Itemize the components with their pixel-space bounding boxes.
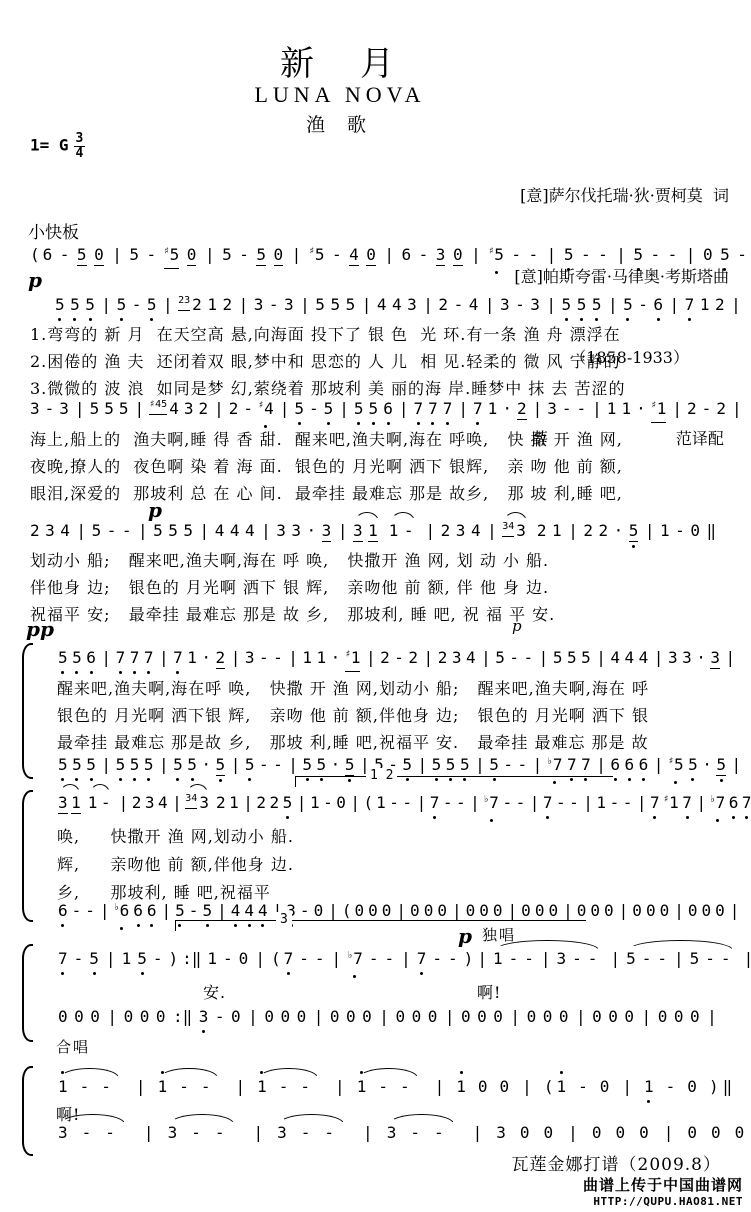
lyrics-line: 伴他身 边; 银色的 月光啊 洒下 银 辉, 亲吻他 前 额, 伴 他 身 边. xyxy=(30,575,549,598)
key-label: 1= G xyxy=(30,136,69,155)
duration-dash: - xyxy=(191,1124,201,1142)
barline: | xyxy=(379,1008,389,1026)
barline: | xyxy=(726,649,736,667)
paren: ) xyxy=(709,1078,719,1096)
note: 3 xyxy=(496,1124,506,1142)
rest: 0 xyxy=(624,1008,634,1026)
barline: | xyxy=(292,246,302,264)
barline: | xyxy=(487,522,497,540)
barline: | xyxy=(172,794,182,812)
rest: 0 xyxy=(687,1078,697,1096)
rest: 0 xyxy=(58,1008,68,1026)
tempo-marking: 小快板 xyxy=(28,218,79,243)
note: 5 xyxy=(72,756,82,774)
barline: | xyxy=(730,902,740,920)
note: 6 xyxy=(610,756,620,774)
barline: | xyxy=(510,1008,520,1026)
rest: 0 xyxy=(711,1124,721,1142)
rest: 0 xyxy=(592,1124,602,1142)
accidental: ♯ xyxy=(668,756,674,767)
volta-label: 1 2 xyxy=(366,768,397,783)
duration-dash: - xyxy=(610,794,620,812)
dynamic-mark: p xyxy=(458,924,472,948)
barline: | xyxy=(471,246,481,264)
rest: 0 xyxy=(424,902,434,920)
barline: ‖ xyxy=(706,522,716,540)
barline: | xyxy=(200,522,210,540)
note: 5 xyxy=(402,756,412,774)
note: ♯1 xyxy=(345,649,361,672)
note: 6 xyxy=(86,649,96,667)
watermark-site: 曲谱上传于中国曲谱网 xyxy=(583,1174,743,1195)
note: 5 xyxy=(137,950,147,968)
lyrics-line: 划动小 船; 醒来吧,渔夫啊,海在 呼 唤, 快撒开 渔 网, 划 动 小 船. xyxy=(30,548,549,571)
note: 3 xyxy=(284,296,294,314)
grace-note: 34 xyxy=(502,518,514,537)
note: 5 xyxy=(173,756,183,774)
notation-line: 234|5--|555|444|33·3|311-|234|34321|22·5… xyxy=(30,522,722,544)
rest: 0 xyxy=(674,1008,684,1026)
note: 3 xyxy=(547,400,557,418)
note: 5 xyxy=(564,246,574,264)
barline: | xyxy=(637,794,647,812)
note: 1 xyxy=(310,794,320,812)
note: 4 xyxy=(377,296,387,314)
barline: | xyxy=(732,400,742,418)
barline: | xyxy=(732,756,742,774)
rest: 0 xyxy=(543,1008,553,1026)
notation-line: 3--|3--|3--|3--|300|000|000‖ xyxy=(58,1124,751,1142)
note: ♯5 xyxy=(309,246,325,267)
augmentation-dot: · xyxy=(702,756,712,774)
slur-group: 1-- xyxy=(257,1078,322,1096)
duration-dash: - xyxy=(705,950,715,968)
barline: | xyxy=(159,649,169,667)
note: 7 xyxy=(430,794,440,812)
notation-line: (6-50|5-♯50|5-50|♯5-40|6-30|♯5--|5--|5--… xyxy=(30,246,751,269)
note: 2 xyxy=(517,400,527,420)
barline: | xyxy=(138,522,148,540)
augmentation-dot: · xyxy=(201,756,211,774)
duration-dash: - xyxy=(432,950,442,968)
note: 4 xyxy=(244,902,254,920)
barline: | xyxy=(399,400,409,418)
rest: 0 xyxy=(660,902,670,920)
note: 4 xyxy=(349,246,359,266)
note: 4 xyxy=(610,649,620,667)
note: 4 xyxy=(231,902,241,920)
paren: ( xyxy=(364,794,374,812)
rest: 0 xyxy=(544,1124,554,1142)
rest: 0 xyxy=(688,902,698,920)
note: 3 xyxy=(168,1124,178,1142)
note: 5 xyxy=(720,246,730,264)
note: 5 xyxy=(283,794,293,812)
rest: 0 xyxy=(479,902,489,920)
note: 7 xyxy=(130,649,140,667)
note: 7 xyxy=(650,794,660,812)
note: 1 xyxy=(368,522,378,542)
rest: 0 xyxy=(535,902,545,920)
duration-dash: - xyxy=(60,246,70,264)
note: 4 xyxy=(169,400,179,418)
note: 6 xyxy=(639,756,649,774)
note: 5 xyxy=(432,756,442,774)
rest: 0 xyxy=(478,1078,488,1096)
accidental: ♭ xyxy=(710,794,716,805)
rest: 0 xyxy=(608,1008,618,1026)
note: 2 xyxy=(270,794,280,812)
note: 5 xyxy=(294,400,304,418)
note: 2 xyxy=(441,522,451,540)
note: 1 xyxy=(71,794,81,814)
note: 5 xyxy=(629,522,639,542)
barline: | xyxy=(619,902,629,920)
barline: | xyxy=(423,296,433,314)
duration-dash: - xyxy=(323,794,333,812)
duration-dash: - xyxy=(279,1078,289,1096)
barline: | xyxy=(248,1008,258,1026)
duration-dash: - xyxy=(404,522,414,540)
note: 6 xyxy=(133,902,143,920)
note: 5 xyxy=(58,649,68,667)
note: 2 xyxy=(687,400,697,418)
note: 5 xyxy=(245,756,255,774)
note: 3 xyxy=(184,400,194,418)
accidental: ♭ xyxy=(547,756,553,767)
note: 4 xyxy=(258,902,268,920)
barline: | xyxy=(672,400,682,418)
duration-dash: - xyxy=(569,794,579,812)
barline: | xyxy=(363,1124,373,1142)
key-signature: 1= G34 xyxy=(30,132,85,160)
duration-dash: - xyxy=(515,296,525,314)
dynamic-mark: p xyxy=(28,268,42,292)
duration-dash: - xyxy=(588,950,598,968)
duration-dash: - xyxy=(101,794,111,812)
barline: | xyxy=(339,400,349,418)
accidental: ♯ xyxy=(488,246,494,257)
note: 7 xyxy=(567,756,577,774)
barline: | xyxy=(596,649,606,667)
notation-line: 311-|234|34321|225|1-0|(1--|7--|♭7--|7--… xyxy=(58,794,751,816)
rest: 0 xyxy=(521,902,531,920)
note: 5 xyxy=(168,522,178,540)
note: 5 xyxy=(690,950,700,968)
note: 7 xyxy=(173,649,183,667)
note: ♯5 xyxy=(488,246,504,267)
lyrics-line: 安.啊! xyxy=(0,980,751,1000)
duration-dash: - xyxy=(300,902,310,920)
barline: | xyxy=(332,950,342,968)
duration-dash: - xyxy=(598,246,608,264)
note: 5 xyxy=(90,400,100,418)
dynamics-row: 合唱 xyxy=(0,1036,751,1058)
augmentation-dot: · xyxy=(331,756,341,774)
barline: | xyxy=(261,522,271,540)
note: 7 xyxy=(543,794,553,812)
note: 3 xyxy=(557,950,567,968)
note: 5 xyxy=(58,756,68,774)
barline: | xyxy=(508,902,518,920)
duration-dash: - xyxy=(400,1078,410,1096)
note: 5 xyxy=(346,296,356,314)
rest: 0 xyxy=(314,902,324,920)
system-brace xyxy=(22,643,33,779)
note: 5 xyxy=(577,296,587,314)
lyrics-line: 银色的 月光啊 洒下银 辉, 亲吻 他 前 额,伴他身 边; 银色的 月光啊 洒… xyxy=(57,703,649,726)
rest: 0 xyxy=(239,950,249,968)
rest: 0 xyxy=(702,902,712,920)
duration-dash: - xyxy=(259,649,269,667)
barline: ‖ xyxy=(723,1078,733,1096)
note: 3 xyxy=(322,522,332,542)
note: 5 xyxy=(55,296,65,314)
watermark-url: HTTP://QUPU.HAO81.NET xyxy=(583,1195,743,1208)
barline: | xyxy=(654,756,664,774)
duration-dash: - xyxy=(384,950,394,968)
rest: 0 xyxy=(264,1008,274,1026)
note: ♯1 xyxy=(651,400,667,423)
lyrics-line: 3.微微的 波 浪 如同是梦 幻,萦绕着 那坡利 美 丽的海 岸.睡梦中 抹 去… xyxy=(30,376,625,399)
note: 6 xyxy=(729,794,739,812)
barline: :‖ xyxy=(182,950,201,968)
barline: | xyxy=(300,296,310,314)
paren: ) xyxy=(168,950,178,968)
note: 5 xyxy=(633,246,643,264)
rest: 0 xyxy=(500,1078,510,1096)
augmentation-dot: · xyxy=(331,649,341,667)
slur-group: 3-- xyxy=(168,1124,239,1142)
note: 7 xyxy=(58,950,68,968)
note: 2 xyxy=(380,649,390,667)
note: 7 xyxy=(428,400,438,418)
duration-dash: - xyxy=(107,522,117,540)
note: 1 xyxy=(302,649,312,667)
slur-group: 343 xyxy=(185,794,212,816)
note: 2 xyxy=(216,794,226,812)
rest: 0 xyxy=(477,1008,487,1026)
paren: ( xyxy=(30,246,40,264)
note: 3 xyxy=(58,794,68,814)
note: 5 xyxy=(302,756,312,774)
note: 5 xyxy=(183,522,193,540)
slur-group: 1-- xyxy=(158,1078,223,1096)
lyrics-line: 最牵挂 最难忘 那是故 乡, 那坡 利,睡 吧,祝福平 安. 最牵挂 最难忘 那… xyxy=(57,730,649,753)
rest: 0 xyxy=(520,1124,530,1142)
duration-dash: - xyxy=(74,950,84,968)
dynamics-row: ppp xyxy=(0,617,751,639)
lyrics-line: 夜晚,撩人的 夜色啊 染 着 海 面. 银色的 月光啊 洒下 银辉, 亲 吻 他… xyxy=(30,454,623,477)
duration-dash: - xyxy=(215,1124,225,1142)
rest: 0 xyxy=(382,902,392,920)
note: 6 xyxy=(58,902,68,920)
note: 3 xyxy=(245,649,255,667)
note: 2 xyxy=(222,296,232,314)
barline: | xyxy=(592,400,602,418)
paren: ) xyxy=(464,950,474,968)
rest: 0 xyxy=(354,902,364,920)
accidental: ♯ xyxy=(651,400,657,411)
rest: 0 xyxy=(600,1078,610,1096)
duration-dash: - xyxy=(72,902,82,920)
rest: 0 xyxy=(412,1008,422,1026)
note: 5 xyxy=(117,296,127,314)
barline: | xyxy=(596,756,606,774)
barline: | xyxy=(576,1008,586,1026)
duration-dash: - xyxy=(562,400,572,418)
duration-dash: - xyxy=(189,902,199,920)
note: 3 xyxy=(516,522,526,540)
rest: 0 xyxy=(336,794,346,812)
duration-dash: - xyxy=(511,246,521,264)
note: ♭6 xyxy=(114,902,130,923)
note: 1 xyxy=(207,950,217,968)
slur-group: 3-- xyxy=(58,1124,129,1142)
note: ♯1 xyxy=(663,794,679,815)
note: 2 xyxy=(229,400,239,418)
duration-dash: - xyxy=(85,902,95,920)
note: 1 xyxy=(229,794,239,812)
volta-bracket: 1 2 xyxy=(295,776,613,787)
duration-dash: - xyxy=(132,296,142,314)
barline: | xyxy=(547,246,557,264)
accidental: ♯ xyxy=(309,246,315,257)
note: 6 xyxy=(383,400,393,418)
barline: | xyxy=(418,756,428,774)
note: 6 xyxy=(653,296,663,314)
duration-dash: - xyxy=(529,246,539,264)
note: 7 xyxy=(417,950,427,968)
notation-line: 7-5|15-):‖1-0|(7--|♭7--|7--)|1--|3--|5--… xyxy=(58,950,751,971)
slur-group: 31 xyxy=(353,522,383,542)
barline: | xyxy=(533,400,543,418)
note: 5 xyxy=(256,246,266,266)
note: 5 xyxy=(581,649,591,667)
barline: | xyxy=(731,296,741,314)
note: 1 xyxy=(58,1078,68,1096)
augmentation-dot: · xyxy=(614,522,624,540)
duration-dash: - xyxy=(502,794,512,812)
note: 5 xyxy=(369,400,379,418)
slur-group: 1-- xyxy=(357,1078,422,1096)
barline: | xyxy=(522,1078,532,1096)
duration-dash: - xyxy=(443,794,453,812)
page-title: 新 月 xyxy=(0,36,680,85)
barline: | xyxy=(235,1078,245,1096)
note: 5 xyxy=(222,246,232,264)
note: 1 xyxy=(456,1078,466,1096)
barline: | xyxy=(163,296,173,314)
note: 6 xyxy=(43,246,53,264)
rest: 0 xyxy=(280,1008,290,1026)
note: 4 xyxy=(639,649,649,667)
subtitle-latin: LUNA NOVA xyxy=(0,82,680,108)
note: 5 xyxy=(460,756,470,774)
note: 1 xyxy=(122,950,132,968)
duration-dash: - xyxy=(269,296,279,314)
rest: 0 xyxy=(592,1008,602,1026)
note: ♭7 xyxy=(347,950,363,971)
rest: 0 xyxy=(493,902,503,920)
barline: | xyxy=(417,794,427,812)
lyric-word: 安. xyxy=(203,980,226,1003)
barline: | xyxy=(100,902,110,920)
note: 3 xyxy=(199,1008,209,1026)
note: 3 xyxy=(59,400,69,418)
note: 4 xyxy=(392,296,402,314)
barline: | xyxy=(546,296,556,314)
note: 1 xyxy=(207,296,217,314)
duration-dash: - xyxy=(201,1078,211,1096)
note: 7 xyxy=(413,400,423,418)
duration-dash: - xyxy=(516,794,526,812)
note: 2 xyxy=(132,794,142,812)
system-brace xyxy=(22,790,33,922)
duration-dash: - xyxy=(299,950,309,968)
note: 7 xyxy=(742,794,751,812)
barline: | xyxy=(101,649,111,667)
note: 4 xyxy=(466,649,476,667)
duration-dash: - xyxy=(369,950,379,968)
note: 2 xyxy=(198,400,208,418)
note: 2 xyxy=(716,400,726,418)
rest: 0 xyxy=(559,1008,569,1026)
note: 3 xyxy=(58,1124,68,1142)
barline: | xyxy=(645,522,655,540)
augmentation-dot: · xyxy=(201,649,211,667)
barline: | xyxy=(610,950,620,968)
barline: | xyxy=(642,1008,652,1026)
barline: | xyxy=(366,649,376,667)
note: 2 xyxy=(438,296,448,314)
rest: 0 xyxy=(703,246,713,264)
note: ♭7 xyxy=(483,794,499,815)
note: 1 xyxy=(552,522,562,540)
duration-dash: - xyxy=(666,1078,676,1096)
duration-dash: - xyxy=(105,1124,115,1142)
barline: | xyxy=(136,1078,146,1096)
note: 3 xyxy=(530,296,540,314)
note: 5 xyxy=(688,756,698,774)
duration-dash: - xyxy=(454,296,464,314)
barline: | xyxy=(101,296,111,314)
note: 7 xyxy=(581,756,591,774)
barline: | xyxy=(485,296,495,314)
note: 5 xyxy=(72,649,82,667)
duration-dash: - xyxy=(623,794,633,812)
note: 3 xyxy=(668,649,678,667)
barline: | xyxy=(481,649,491,667)
slur-group: 3-- xyxy=(277,1124,348,1142)
note: 5 xyxy=(626,950,636,968)
rest: 0 xyxy=(590,902,600,920)
barline: | xyxy=(239,296,249,314)
rest: 0 xyxy=(690,1008,700,1026)
note: 3 xyxy=(30,400,40,418)
barline: | xyxy=(401,950,411,968)
rest: 0 xyxy=(466,902,476,920)
augmentation-dot: · xyxy=(307,522,317,540)
duration-dash: - xyxy=(524,950,534,968)
grace-note: 34 xyxy=(185,790,197,809)
barline: :‖ xyxy=(173,1008,192,1026)
duration-dash: - xyxy=(509,950,519,968)
note: 5 xyxy=(623,296,633,314)
note: 5 xyxy=(175,902,185,920)
note: 7 xyxy=(473,400,483,418)
rest: 0 xyxy=(346,1008,356,1026)
